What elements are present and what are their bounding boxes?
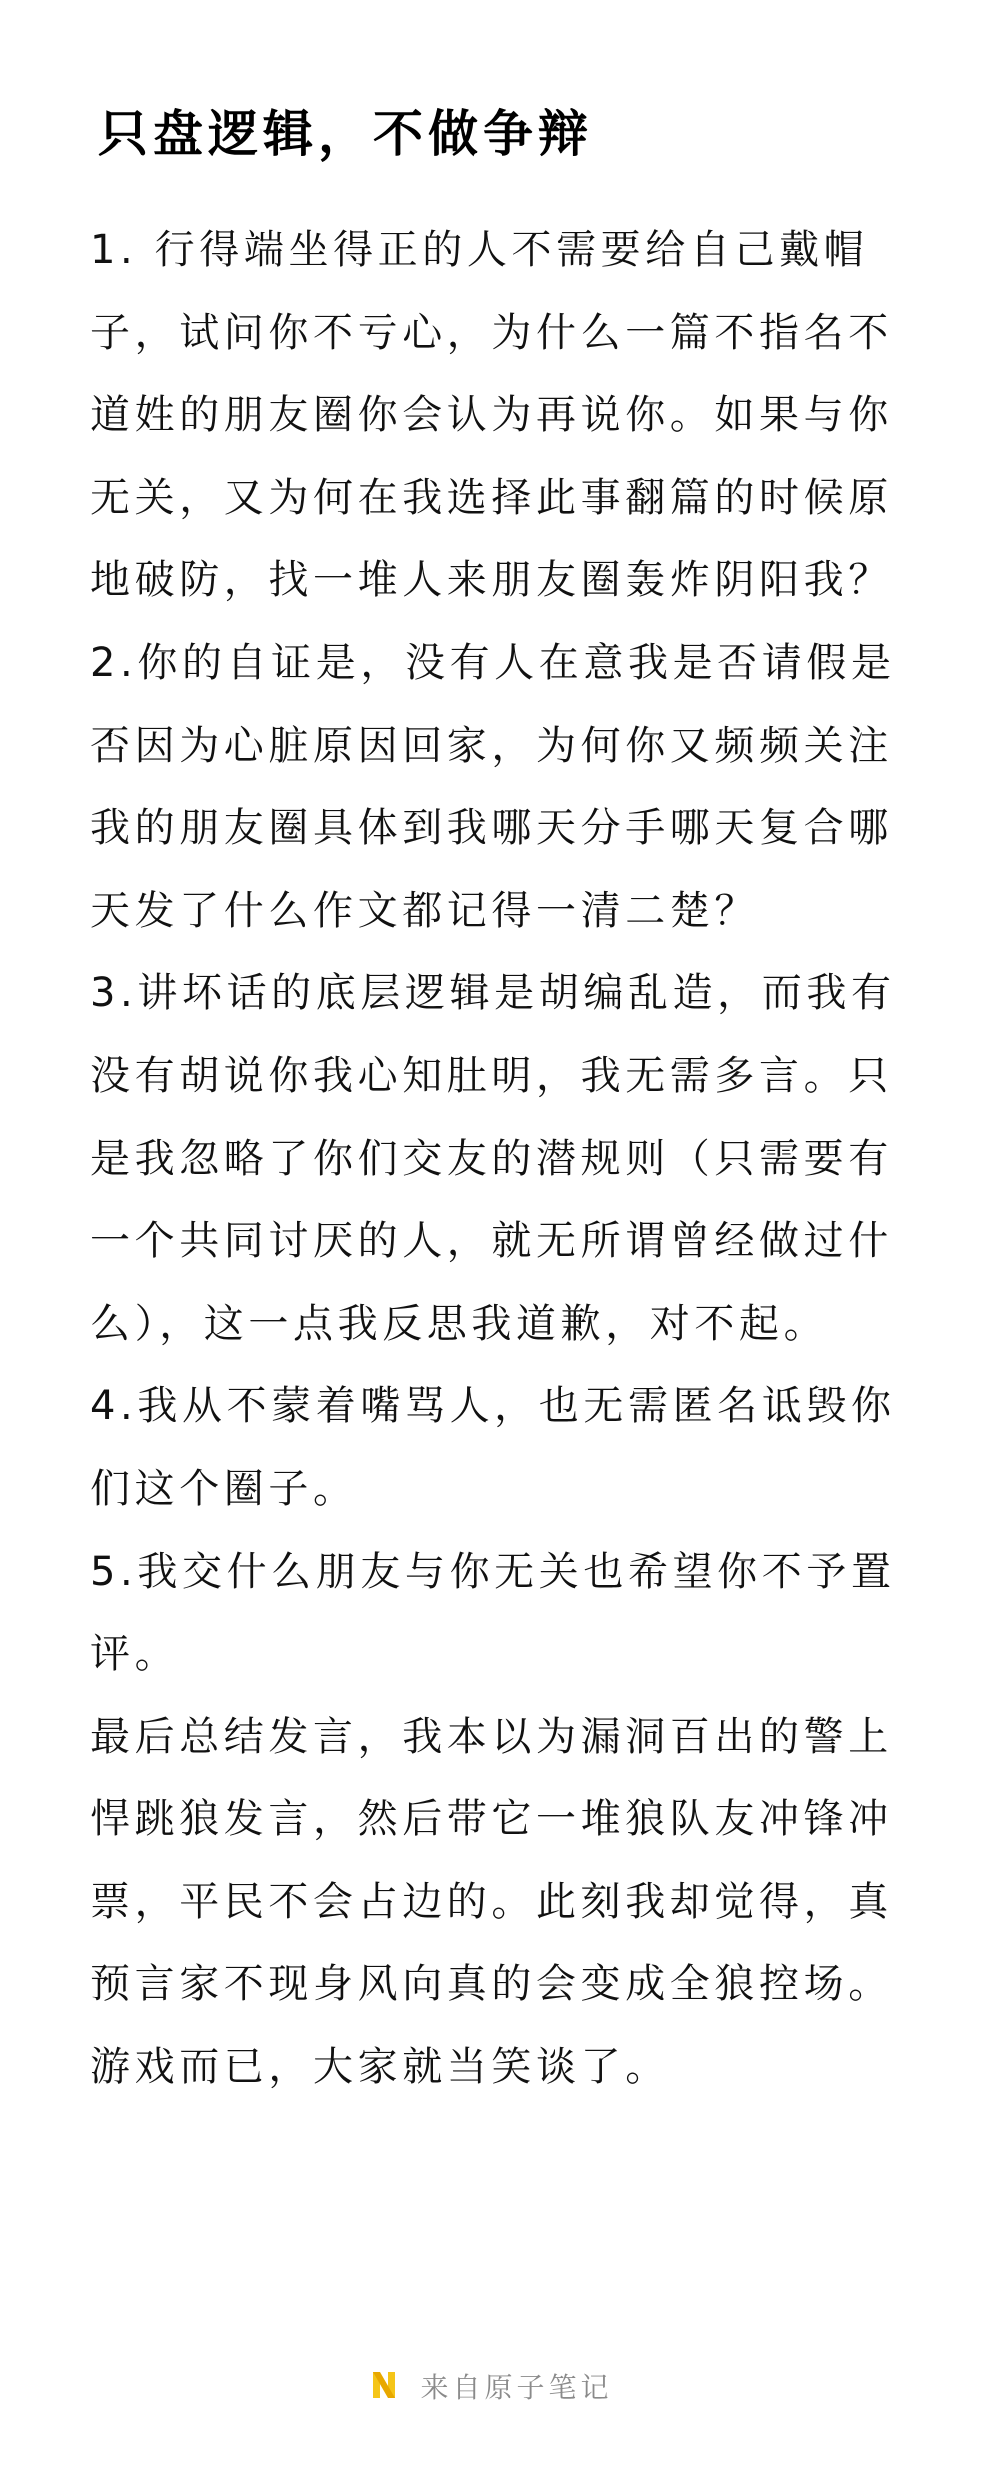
text-line: 道姓的朋友圈你会认为再说你。如果与你 — [90, 391, 950, 474]
text-line: 评。 — [90, 1630, 950, 1713]
text-line: 3.讲坏话的底层逻辑是胡编乱造，而我有 — [90, 969, 950, 1052]
text-line: 我的朋友圈具体到我哪天分手哪天复合哪 — [90, 804, 950, 887]
text-line: 票，平民不会占边的。此刻我却觉得，真 — [90, 1878, 950, 1961]
text-line: 是我忽略了你们交友的潜规则（只需要有 — [90, 1135, 950, 1218]
text-line: 否因为心脏原因回家，为何你又频频关注 — [90, 722, 950, 805]
text-line: 悍跳狼发言，然后带它一堆狼队友冲锋冲 — [90, 1795, 950, 1878]
source-footer: 来自原子笔记 — [0, 2368, 984, 2407]
text-line: 子，试问你不亏心，为什么一篇不指名不 — [90, 309, 950, 392]
text-line: 没有胡说你我心知肚明，我无需多言。只 — [90, 1052, 950, 1135]
page-title: 只盘逻辑，不做争辩 — [98, 104, 593, 164]
text-line: 无关，又为何在我选择此事翻篇的时候原 — [90, 474, 950, 557]
text-line: 最后总结发言，我本以为漏洞百出的警上 — [90, 1713, 950, 1796]
text-line: 么），这一点我反思我道歉，对不起。 — [90, 1300, 950, 1383]
text-line: 1. 行得端坐得正的人不需要给自己戴帽 — [90, 226, 950, 309]
text-line: 天发了什么作文都记得一清二楚？ — [90, 887, 950, 970]
text-line: 地破防，找一堆人来朋友圈轰炸阴阳我？ — [90, 556, 950, 639]
document-body: 1. 行得端坐得正的人不需要给自己戴帽 子，试问你不亏心，为什么一篇不指名不 道… — [90, 226, 950, 2126]
text-line: 游戏而已，大家就当笑谈了。 — [90, 2043, 950, 2126]
text-line: 5.我交什么朋友与你无关也希望你不予置 — [90, 1548, 950, 1631]
source-label: 来自原子笔记 — [420, 2371, 612, 2404]
text-line: 4.我从不蒙着嘴骂人，也无需匿名诋毁你 — [90, 1382, 950, 1465]
text-line: 预言家不现身风向真的会变成全狼控场。 — [90, 1960, 950, 2043]
text-line: 2.你的自证是，没有人在意我是否请假是 — [90, 639, 950, 722]
text-line: 们这个圈子。 — [90, 1465, 950, 1548]
app-logo-n-icon — [372, 2371, 396, 2399]
text-line: 一个共同讨厌的人，就无所谓曾经做过什 — [90, 1217, 950, 1300]
